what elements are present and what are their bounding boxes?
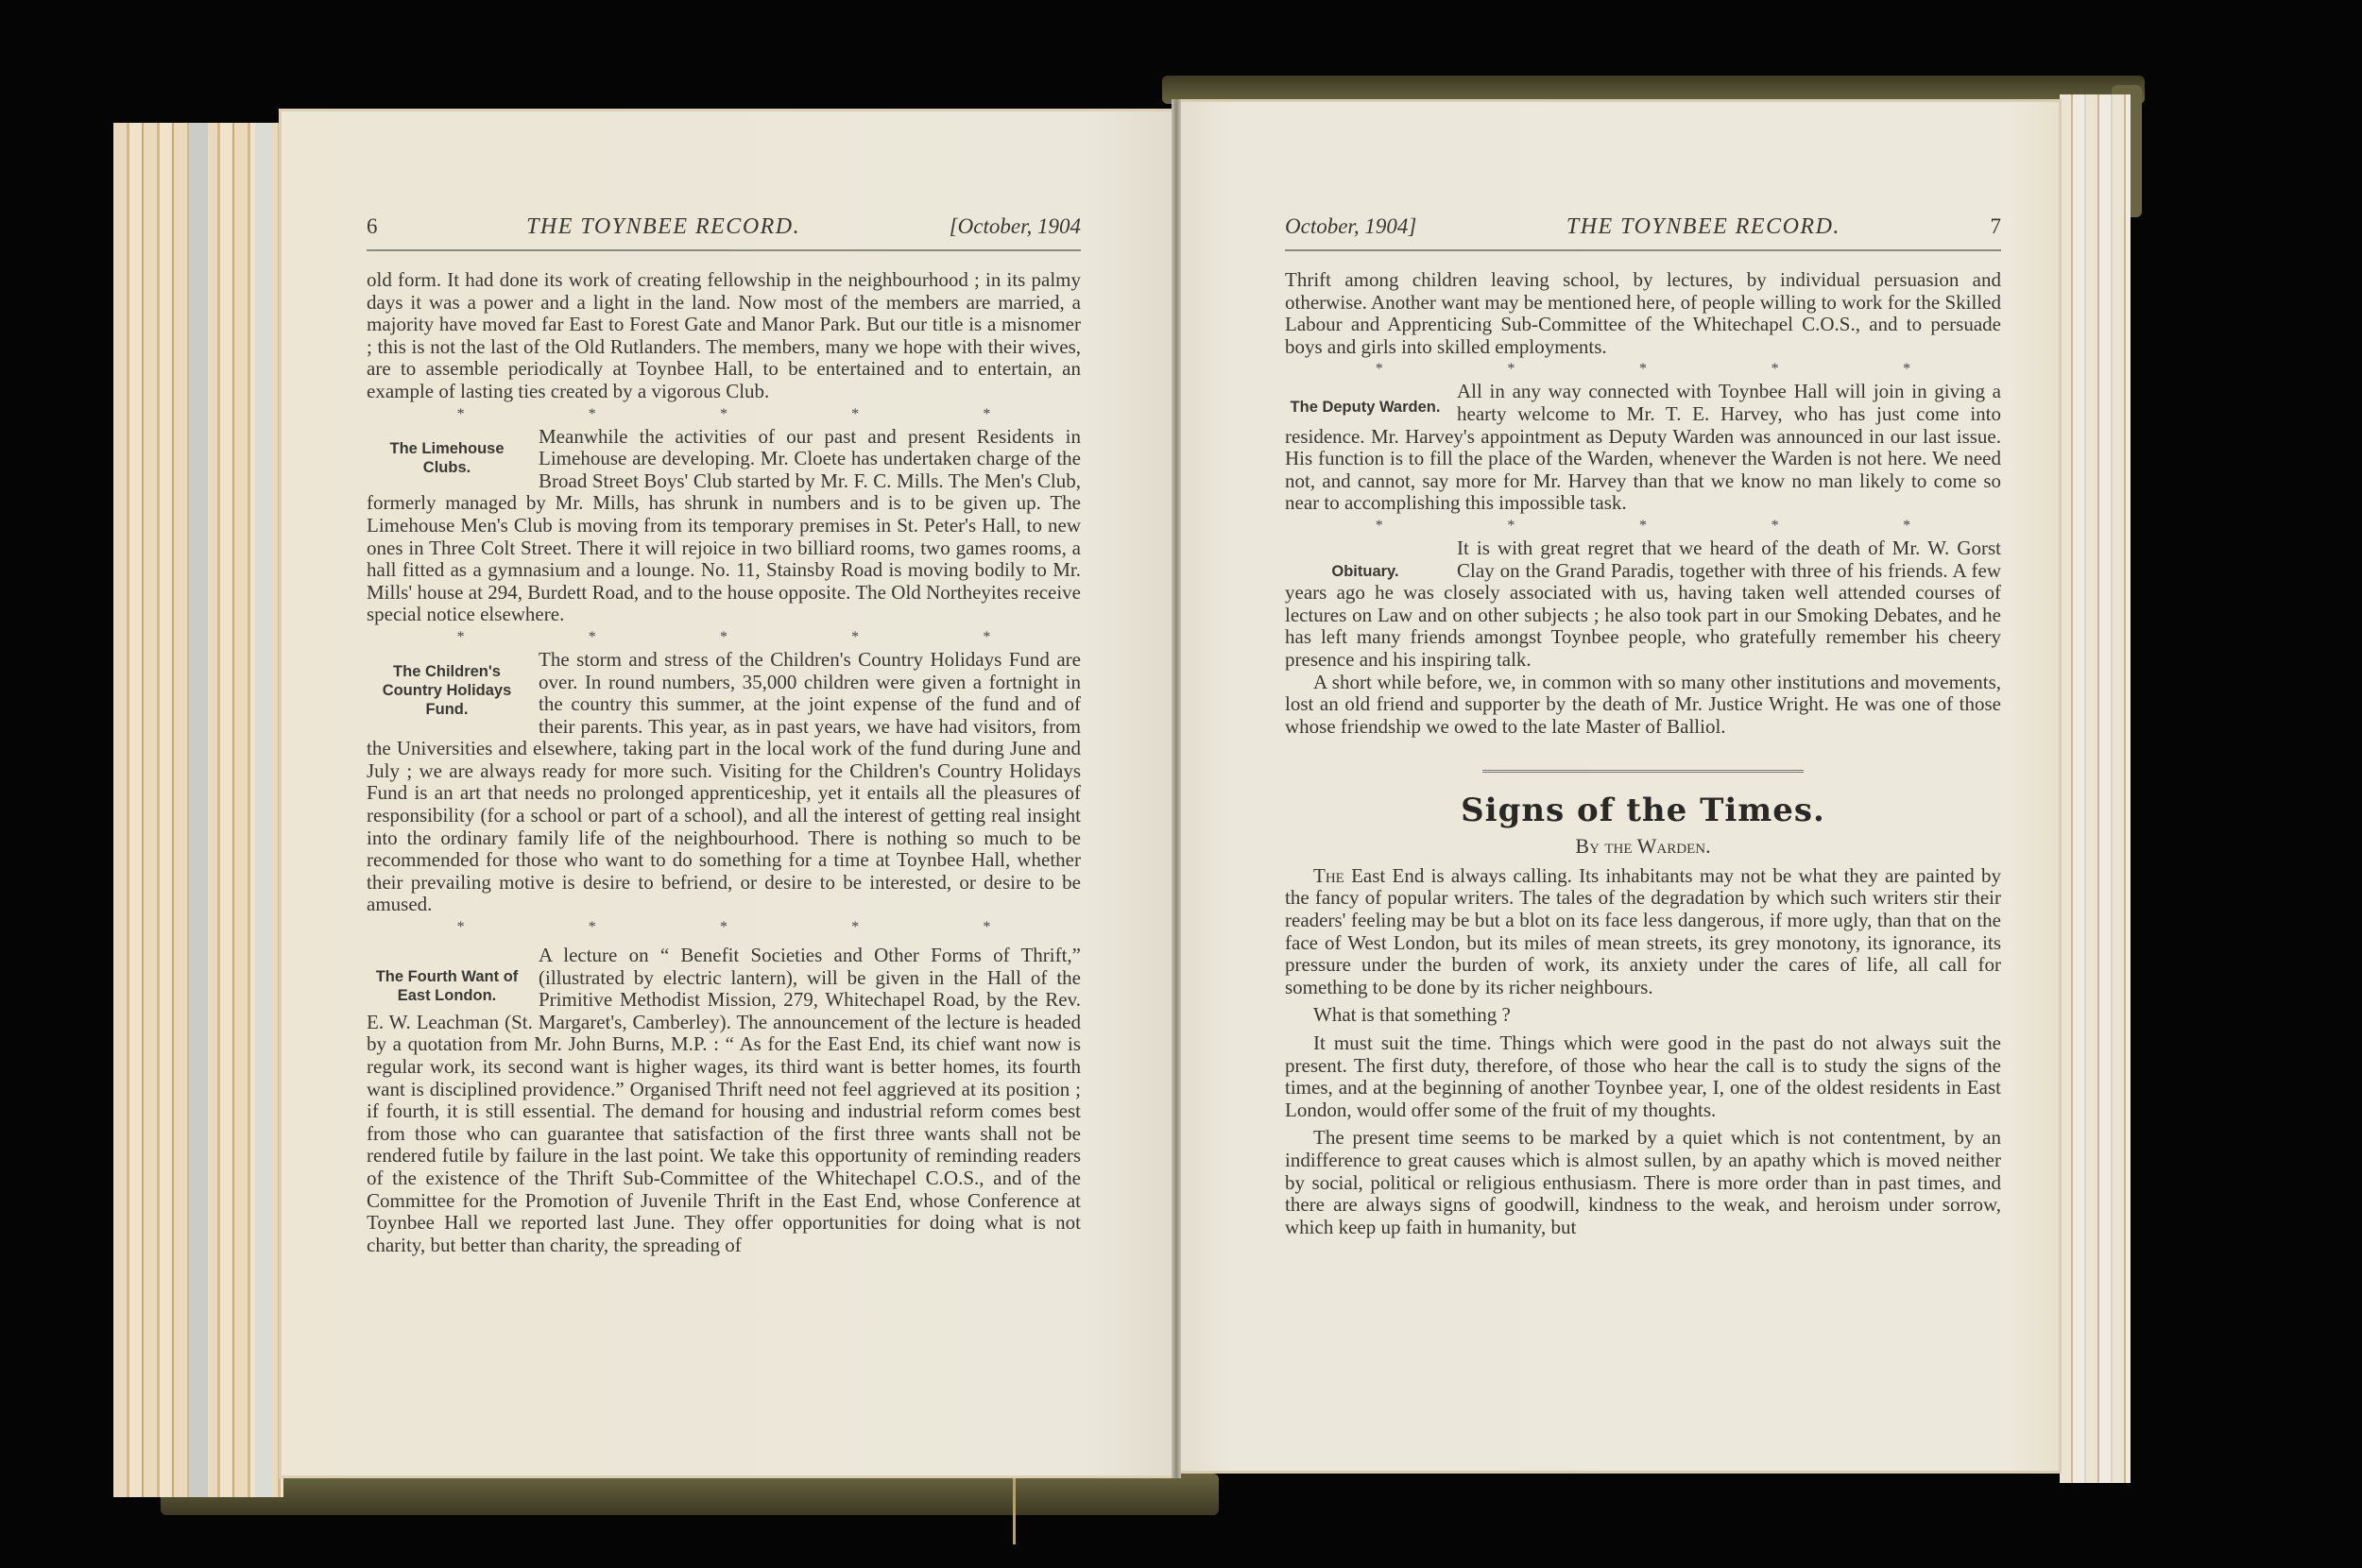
paragraph: It is with great regret that we heard of…	[1285, 537, 2001, 672]
sidenote: The Children's Country Holidays Fund.	[367, 662, 527, 719]
issue-date: October, 1904]	[1285, 215, 1416, 238]
issue-date: [October, 1904	[950, 215, 1081, 238]
section-obituary: Obituary. It is with great regret that w…	[1285, 537, 2001, 738]
paragraph: What is that something ?	[1285, 1004, 2001, 1027]
paragraph: The East End is always calling. Its inha…	[1285, 865, 2001, 999]
section-separator: *****	[1285, 515, 2001, 537]
section-separator: *****	[1285, 358, 2001, 381]
page-stack-leaf	[255, 123, 272, 1497]
section-childrens-country-holidays-fund: The Children's Country Holidays Fund. Th…	[367, 649, 1081, 916]
lead-word: The	[1313, 864, 1344, 887]
bookmark-ribbon	[1013, 1478, 1016, 1544]
journal-title: THE TOYNBEE RECORD.	[1566, 216, 1840, 239]
page-number: 7	[1990, 215, 2001, 238]
paragraph: The present time seems to be marked by a…	[1285, 1127, 2001, 1238]
running-header: 6 THE TOYNBEE RECORD. [October, 1904	[367, 215, 1081, 251]
section-separator: *****	[367, 403, 1081, 426]
book-cover-bottom-edge	[161, 1474, 1219, 1515]
running-header: October, 1904] THE TOYNBEE RECORD. 7	[1285, 215, 2001, 251]
paragraph: old form. It had done its work of creati…	[367, 269, 1081, 403]
journal-title: THE TOYNBEE RECORD.	[526, 216, 800, 239]
section-deputy-warden: The Deputy Warden. All in any way connec…	[1285, 381, 2001, 515]
section-limehouse-clubs: The Limehouse Clubs. Meanwhile the activ…	[367, 426, 1081, 626]
paragraph: Thrift among children leaving school, by…	[1285, 269, 2001, 358]
left-page-column: 6 THE TOYNBEE RECORD. [October, 1904 old…	[367, 215, 1081, 1256]
sidenote: The Fourth Want of East London.	[367, 967, 527, 1005]
page-stack-leaf	[189, 123, 208, 1497]
paragraph: It must suit the time. Things which were…	[1285, 1032, 2001, 1121]
sidenote: The Deputy Warden.	[1285, 398, 1446, 417]
section-fourth-want-of-east-london: The Fourth Want of East London. A lectur…	[367, 945, 1081, 1256]
article-title: Signs of the Times.	[1285, 790, 2001, 831]
left-page-stack	[113, 123, 283, 1497]
section-separator: *****	[367, 626, 1081, 649]
article-divider-rule	[1482, 770, 1804, 773]
sidenote: Obituary.	[1285, 562, 1446, 581]
paragraph: A short while before, we, in common with…	[1285, 672, 2001, 739]
article-byline: By the Warden.	[1285, 835, 2001, 858]
page-number: 6	[367, 215, 378, 238]
article-signs-of-the-times: Signs of the Times. By the Warden. The E…	[1285, 790, 2001, 1238]
right-page-stack	[2060, 94, 2131, 1483]
sidenote: The Limehouse Clubs.	[367, 439, 527, 477]
book-gutter	[1172, 99, 1181, 1478]
section-separator: *****	[367, 916, 1081, 939]
right-page-column: October, 1904] THE TOYNBEE RECORD. 7 Thr…	[1285, 215, 2001, 1238]
